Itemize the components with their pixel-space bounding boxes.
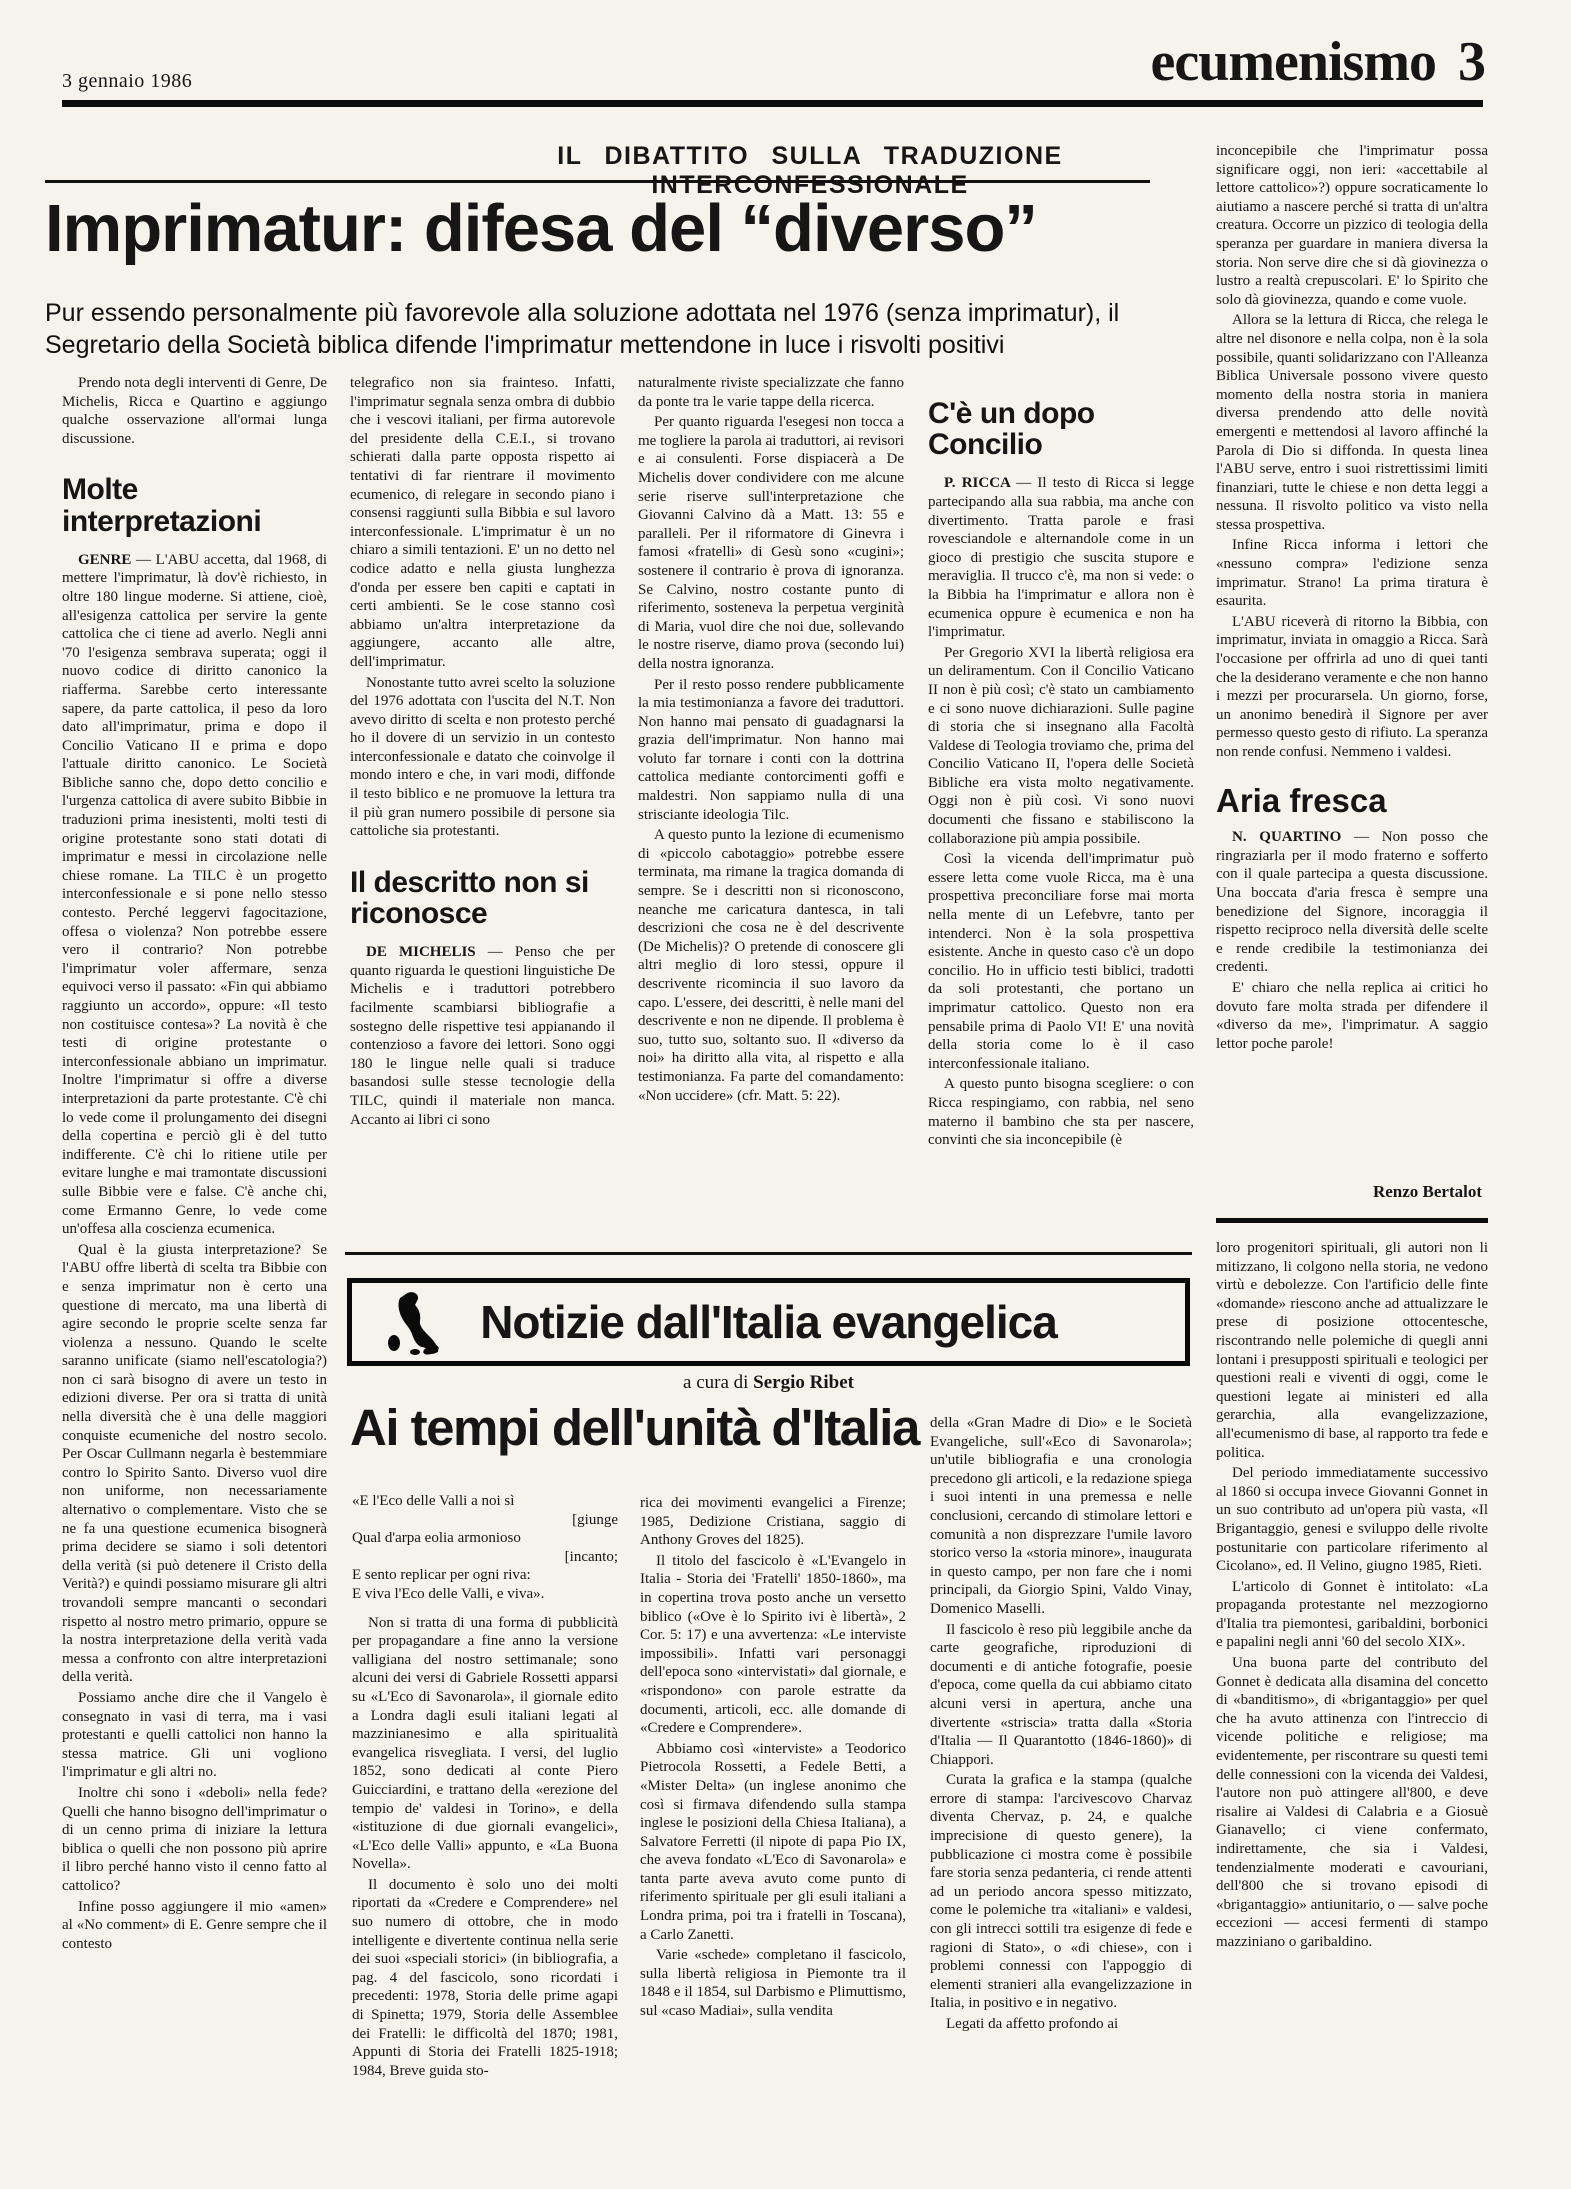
body-paragraph: Non si tratta di una forma di pubblicità… xyxy=(352,1614,618,1874)
body-paragraph: A questo punto bisogna scegliere: o con … xyxy=(928,1075,1194,1149)
body-paragraph: Abbiamo così «interviste» a Teodorico Pi… xyxy=(640,1740,906,1945)
body-paragraph: DE MICHELIS — Penso che per quanto rigua… xyxy=(350,943,615,1129)
section-byline: a cura di Sergio Ribet xyxy=(347,1372,1190,1394)
body-paragraph: Infine Ricca informa i lettori che «ness… xyxy=(1216,536,1488,610)
section-column-1: «E l'Eco delle Valli a noi sì[giungeQual… xyxy=(352,1492,618,2184)
column-subheading: Molte interpretazioni xyxy=(62,474,327,536)
article-headline: Imprimatur: difesa del “diverso” xyxy=(45,190,1200,267)
section-column-2: rica dei movimenti evangelici a Firenze;… xyxy=(640,1492,906,2184)
body-paragraph: loro progenitori spirituali, gli autori … xyxy=(1216,1239,1488,1462)
body-paragraph: Varie «schede» completano il fascicolo, … xyxy=(640,1946,906,2020)
section-name: ecumenismo xyxy=(1150,31,1436,93)
body-paragraph: L'ABU riceverà di ritorno la Bibbia, con… xyxy=(1216,613,1488,762)
issue-date: 3 gennaio 1986 xyxy=(62,70,192,93)
body-paragraph: della «Gran Madre di Dio» e le Società E… xyxy=(930,1414,1192,1619)
body-paragraph: L'articolo di Gonnet è intitolato: «La p… xyxy=(1216,1578,1488,1652)
body-paragraph: A questo punto la lezione di ecumenismo … xyxy=(638,826,904,1105)
body-paragraph: P. RICCA — Il testo di Ricca si legge pa… xyxy=(928,474,1194,641)
body-paragraph: Prendo nota degli interventi di Genre, D… xyxy=(62,374,327,448)
column5-article-end: inconcepibile che l'imprimatur possa sig… xyxy=(1216,140,1488,1172)
body-paragraph: Possiamo anche dire che il Vangelo è con… xyxy=(62,1689,327,1782)
kicker-rule xyxy=(45,180,1150,183)
body-paragraph: Il titolo del fascicolo è «L'Evangelo in… xyxy=(640,1552,906,1738)
body-paragraph: Legati da affetto profondo ai xyxy=(930,2015,1192,2034)
byline-prefix: a cura di xyxy=(683,1372,748,1393)
body-paragraph: inconcepibile che l'imprimatur possa sig… xyxy=(1216,142,1488,309)
column-subheading: C'è un dopo Concilio xyxy=(928,398,1194,460)
body-paragraph: rica dei movimenti evangelici a Firenze;… xyxy=(640,1494,906,1550)
body-paragraph: Infine posso aggiungere il mio «amen» al… xyxy=(62,1898,327,1954)
body-paragraph: telegrafico non sia frainteso. Infatti, … xyxy=(350,374,615,672)
article-column-4: C'è un dopo ConcilioP. RICCA — Il testo … xyxy=(928,372,1194,1257)
byline-editor-name: Sergio Ribet xyxy=(753,1372,854,1393)
body-paragraph: Del periodo immediatamente successivo al… xyxy=(1216,1464,1488,1576)
body-paragraph: Inoltre chi sono i «deboli» nella fede? … xyxy=(62,1784,327,1896)
body-paragraph: Così la vicenda dell'imprimatur può esse… xyxy=(928,850,1194,1073)
body-paragraph: GENRE — L'ABU accetta, dal 1968, di mett… xyxy=(62,551,327,1239)
body-paragraph: Allora se la lettura di Ricca, che releg… xyxy=(1216,311,1488,534)
page-number: 3 xyxy=(1458,31,1485,93)
author-signature: Renzo Bertalot xyxy=(1216,1182,1482,1202)
italy-map-icon xyxy=(384,1291,448,1355)
body-paragraph: N. QUARTINO — Non posso che ringraziarla… xyxy=(1216,828,1488,977)
section-top-rule xyxy=(345,1252,1192,1255)
section-column-3: della «Gran Madre di Dio» e le Società E… xyxy=(930,1412,1192,2184)
column5-continuation: loro progenitori spirituali, gli autori … xyxy=(1216,1237,1488,2127)
column-subheading: Aria fresca xyxy=(1216,792,1488,811)
body-paragraph: naturalmente riviste specializzate che f… xyxy=(638,374,904,411)
article-column-2: telegrafico non sia frainteso. Infatti, … xyxy=(350,372,615,1307)
body-paragraph: Per il resto posso rendere pubblicamente… xyxy=(638,676,904,825)
article-column-1: Prendo nota degli interventi di Genre, D… xyxy=(62,372,327,1957)
body-paragraph: Una buona parte del contributo del Gonne… xyxy=(1216,1654,1488,1952)
section-article-headline: Ai tempi dell'unità d'Italia xyxy=(350,1398,925,1457)
masthead-rule xyxy=(62,100,1483,107)
body-paragraph: Il documento è solo uno dei molti riport… xyxy=(352,1876,618,2081)
article-column-3: naturalmente riviste specializzate che f… xyxy=(638,372,904,1292)
body-paragraph: Per Gregorio XVI la libertà religiosa er… xyxy=(928,644,1194,849)
quoted-verse: «E l'Eco delle Valli a noi sì[giungeQual… xyxy=(352,1492,618,1604)
section-title: Notizie dall'Italia evangelica xyxy=(480,1295,1057,1349)
body-paragraph: E' chiaro che nella replica ai critici h… xyxy=(1216,979,1488,1053)
body-paragraph: Curata la grafica e la stampa (qualche e… xyxy=(930,1771,1192,2013)
column5-divider-rule xyxy=(1216,1218,1488,1223)
section-header-box: Notizie dall'Italia evangelica xyxy=(347,1278,1190,1366)
body-paragraph: Il fascicolo è reso più leggibile anche … xyxy=(930,1621,1192,1770)
body-paragraph: Per quanto riguarda l'esegesi non tocca … xyxy=(638,413,904,673)
column-subheading: Il descritto non si riconosce xyxy=(350,867,615,929)
body-paragraph: Nonostante tutto avrei scelto la soluzio… xyxy=(350,674,615,841)
article-column-5: inconcepibile che l'imprimatur possa sig… xyxy=(1216,140,1488,2127)
body-paragraph: Qual è la giusta interpretazione? Se l'A… xyxy=(62,1241,327,1687)
section-masthead: ecumenismo3 xyxy=(1150,30,1485,94)
newspaper-page: 3 gennaio 1986 ecumenismo3 IL DIBATTITO … xyxy=(0,0,1571,2189)
article-deck: Pur essendo personalmente più favorevole… xyxy=(45,298,1195,361)
